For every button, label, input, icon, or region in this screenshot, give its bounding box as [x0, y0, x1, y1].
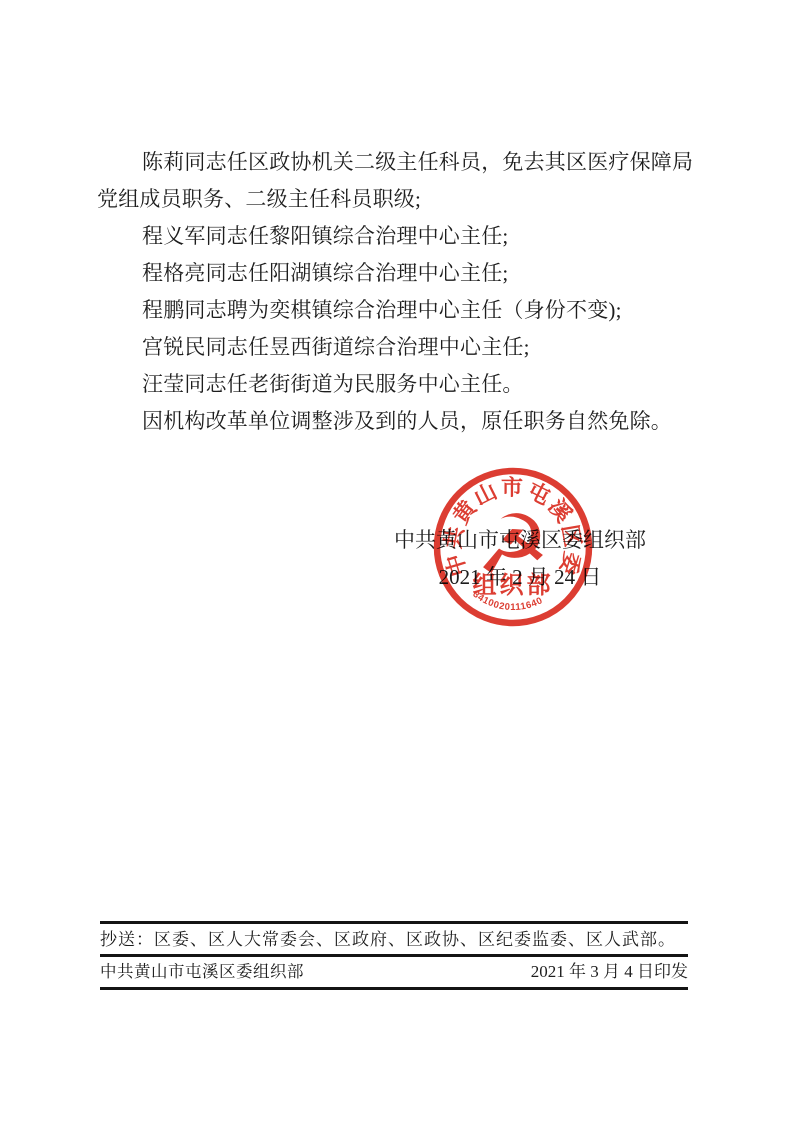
document-page: 陈莉同志任区政协机关二级主任科员，免去其区医疗保障局 党组成员职务、二级主任科员…: [0, 0, 793, 1122]
footer-divider: [100, 921, 688, 924]
body-line: 汪莹同志任老街街道为民服务中心主任。: [97, 366, 691, 403]
body-line: 程鹏同志聘为奕棋镇综合治理中心主任（身份不变);: [97, 292, 691, 329]
body-line: 程义军同志任黎阳镇综合治理中心主任;: [97, 218, 691, 255]
cc-text: 区委、区人大常委会、区政府、区政协、区纪委监委、区人武部。: [154, 930, 676, 949]
publisher-line: 中共黄山市屯溪区委组织部 2021 年 3 月 4 日印发: [100, 961, 688, 983]
body-line: 党组成员职务、二级主任科员职级;: [97, 181, 691, 218]
issuer-name: 中共黄山市屯溪区委组织部: [100, 961, 304, 983]
official-seal: ☭ 中共黄山市屯溪区委 组织部 3410020111640: [433, 467, 593, 627]
footer-divider: [100, 954, 688, 957]
print-date: 2021 年 3 月 4 日印发: [531, 961, 688, 983]
cc-line: 抄送：区委、区人大常委会、区政府、区政协、区纪委监委、区人武部。: [100, 929, 688, 951]
body-line: 因机构改革单位调整涉及到的人员，原任职务自然免除。: [97, 403, 691, 440]
body-line: 程格亮同志任阳湖镇综合治理中心主任;: [97, 255, 691, 292]
body-line: 陈莉同志任区政协机关二级主任科员，免去其区医疗保障局: [97, 144, 691, 181]
document-body: 陈莉同志任区政协机关二级主任科员，免去其区医疗保障局 党组成员职务、二级主任科员…: [97, 144, 691, 440]
cc-label: 抄送：: [100, 930, 154, 949]
body-line: 宫锐民同志任昱西街道综合治理中心主任;: [97, 329, 691, 366]
footer-divider: [100, 987, 688, 990]
